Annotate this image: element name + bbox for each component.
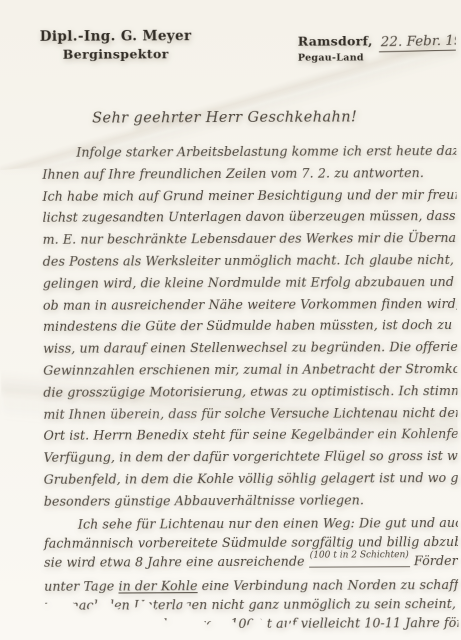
- handwriting-text: mir nach den Unterlagen nicht ganz unmög…: [44, 596, 461, 613]
- handwritten-date: 22. Febr. 1937.: [378, 32, 461, 52]
- handwriting-text: ob man in ausreichender Nähe weitere Vor…: [43, 295, 461, 312]
- dateline-place: Ramsdorf,: [298, 33, 373, 48]
- handwriting-text: Ich habe mich auf Grund meiner Besichtig…: [42, 187, 461, 204]
- handwriting-line: mit Ihnen überein, dass für solche Versu…: [43, 402, 443, 426]
- letterhead-name: Dipl.-Ing. G. Meyer: [40, 28, 192, 45]
- scanned-letter-background: Dipl.-Ing. G. Meyer Berginspektor Ramsdo…: [0, 0, 461, 640]
- handwriting-text: sie wird etwa 8 Jahre eine ausreichende: [44, 554, 309, 570]
- handwriting-text: Infolge starker Arbeitsbelastung komme i…: [76, 143, 461, 160]
- handwriting-text: Grubenfeld, in dem die Kohle völlig söhl…: [44, 470, 461, 487]
- dateline-district: Pegau-Land: [298, 52, 461, 64]
- handwriting-line: besser, man wird dann wohl 1000 t auf vi…: [44, 613, 444, 634]
- handwriting-text: eine Verbindung nach Norden zu schaffen,…: [198, 576, 461, 592]
- handwriting-line: besonders günstige Abbauverhältnisse vor…: [44, 489, 444, 513]
- handwriting-text: die grosszügige Motorisierung, etwas zu …: [43, 383, 461, 400]
- handwriting-line: sie wird etwa 8 Jahre eine ausreichende …: [44, 551, 444, 576]
- handwriting-text: Ort ist. Herrn Benedix steht für seine K…: [43, 426, 461, 443]
- handwriting-text: Ihnen auf Ihre freundlichen Zeilen vom 7…: [42, 165, 424, 182]
- handwriting-text: besonders günstige Abbauverhältnisse vor…: [44, 492, 364, 508]
- handwriting-line: Gewinnzahlen erschienen mir, zumal in An…: [43, 358, 443, 382]
- handwriting-line: Ich habe mich auf Grund meiner Besichtig…: [42, 184, 442, 208]
- handwriting-line: die grosszügige Motorisierung, etwas zu …: [43, 380, 443, 404]
- handwriting-line: Verfügung, in dem der dafür vorgerichtet…: [44, 445, 444, 469]
- handwriting-line: ob man in ausreichender Nähe weitere Vor…: [43, 293, 443, 317]
- handwriting-line: mindestens die Güte der Südmulde haben m…: [43, 314, 443, 338]
- handwriting-line: des Postens als Werksleiter unmöglich ma…: [43, 249, 443, 273]
- handwriting-line: gelingen wird, die kleine Nordmulde mit …: [43, 271, 443, 295]
- handwriting-text: des Postens als Werksleiter unmöglich ma…: [43, 252, 461, 269]
- handwriting-line: m. E. nur beschränkte Lebensdauer des We…: [43, 227, 443, 251]
- handwriting-text: mit Ihnen überein, dass für solche Versu…: [43, 404, 461, 421]
- dateline: Ramsdorf, 22. Febr. 1937. Pegau-Land: [298, 33, 461, 64]
- handwriting-line: unter Tage in der Kohle eine Verbindung …: [44, 575, 444, 596]
- letter-paper: Dipl.-Ing. G. Meyer Berginspektor Ramsdo…: [0, 0, 458, 640]
- letterhead: Dipl.-Ing. G. Meyer Berginspektor: [40, 28, 192, 62]
- handwriting-line: Ort ist. Herrn Benedix steht für seine K…: [43, 423, 443, 447]
- handwriting-text: wiss, um darauf einen Stellenwechsel zu …: [43, 339, 461, 356]
- handwriting-text: lichst zugesandten Unterlagen davon über…: [43, 208, 461, 225]
- handwriting-text: m. E. nur beschränkte Lebensdauer des We…: [43, 230, 461, 247]
- handwriting-text: unter Tage: [44, 578, 118, 593]
- letter-page: Dipl.-Ing. G. Meyer Berginspektor Ramsdo…: [0, 0, 458, 640]
- handwriting-text: Förderung hergeben. Gelingt es,: [410, 553, 461, 569]
- handwriting-text: Verfügung, in dem der dafür vorgerichtet…: [44, 448, 461, 465]
- handwriting-line: lichst zugesandten Unterlagen davon über…: [43, 205, 443, 229]
- handwriting-text: besser, man wird dann wohl 1000 t auf vi…: [44, 615, 461, 632]
- handwriting-line: Infolge starker Arbeitsbelastung komme i…: [42, 140, 442, 164]
- handwriting-line: wiss, um darauf einen Stellenwechsel zu …: [43, 336, 443, 360]
- handwriting-text: Gewinnzahlen erschienen mir, zumal in An…: [43, 361, 461, 378]
- letter-body-paragraph-2: Ich sehe für Lichtenau nur den einen Weg…: [44, 513, 445, 634]
- salutation: Sehr geehrter Herr Geschkehahn!: [92, 109, 357, 126]
- handwriting-line: mir nach den Unterlagen nicht ganz unmög…: [44, 594, 444, 615]
- handwriting-text: mindestens die Güte der Südmulde haben m…: [43, 317, 461, 334]
- handwriting-line: Grubenfeld, in dem die Kohle völlig söhl…: [44, 467, 444, 491]
- handwriting-line: Ich sehe für Lichtenau nur den einen Weg…: [44, 513, 444, 534]
- handwriting-text: gelingen wird, die kleine Nordmulde mit …: [43, 274, 454, 291]
- interline-insertion: (100 t in 2 Schichten): [309, 547, 410, 568]
- handwriting-line: Ihnen auf Ihre freundlichen Zeilen vom 7…: [42, 162, 442, 186]
- underlined-text: in der Kohle: [118, 578, 197, 593]
- letter-body-paragraph-1: Infolge starker Arbeitsbelastung komme i…: [42, 140, 444, 512]
- letterhead-title: Berginspektor: [40, 46, 192, 62]
- handwriting-text: Ich sehe für Lichtenau nur den einen Weg…: [78, 515, 461, 532]
